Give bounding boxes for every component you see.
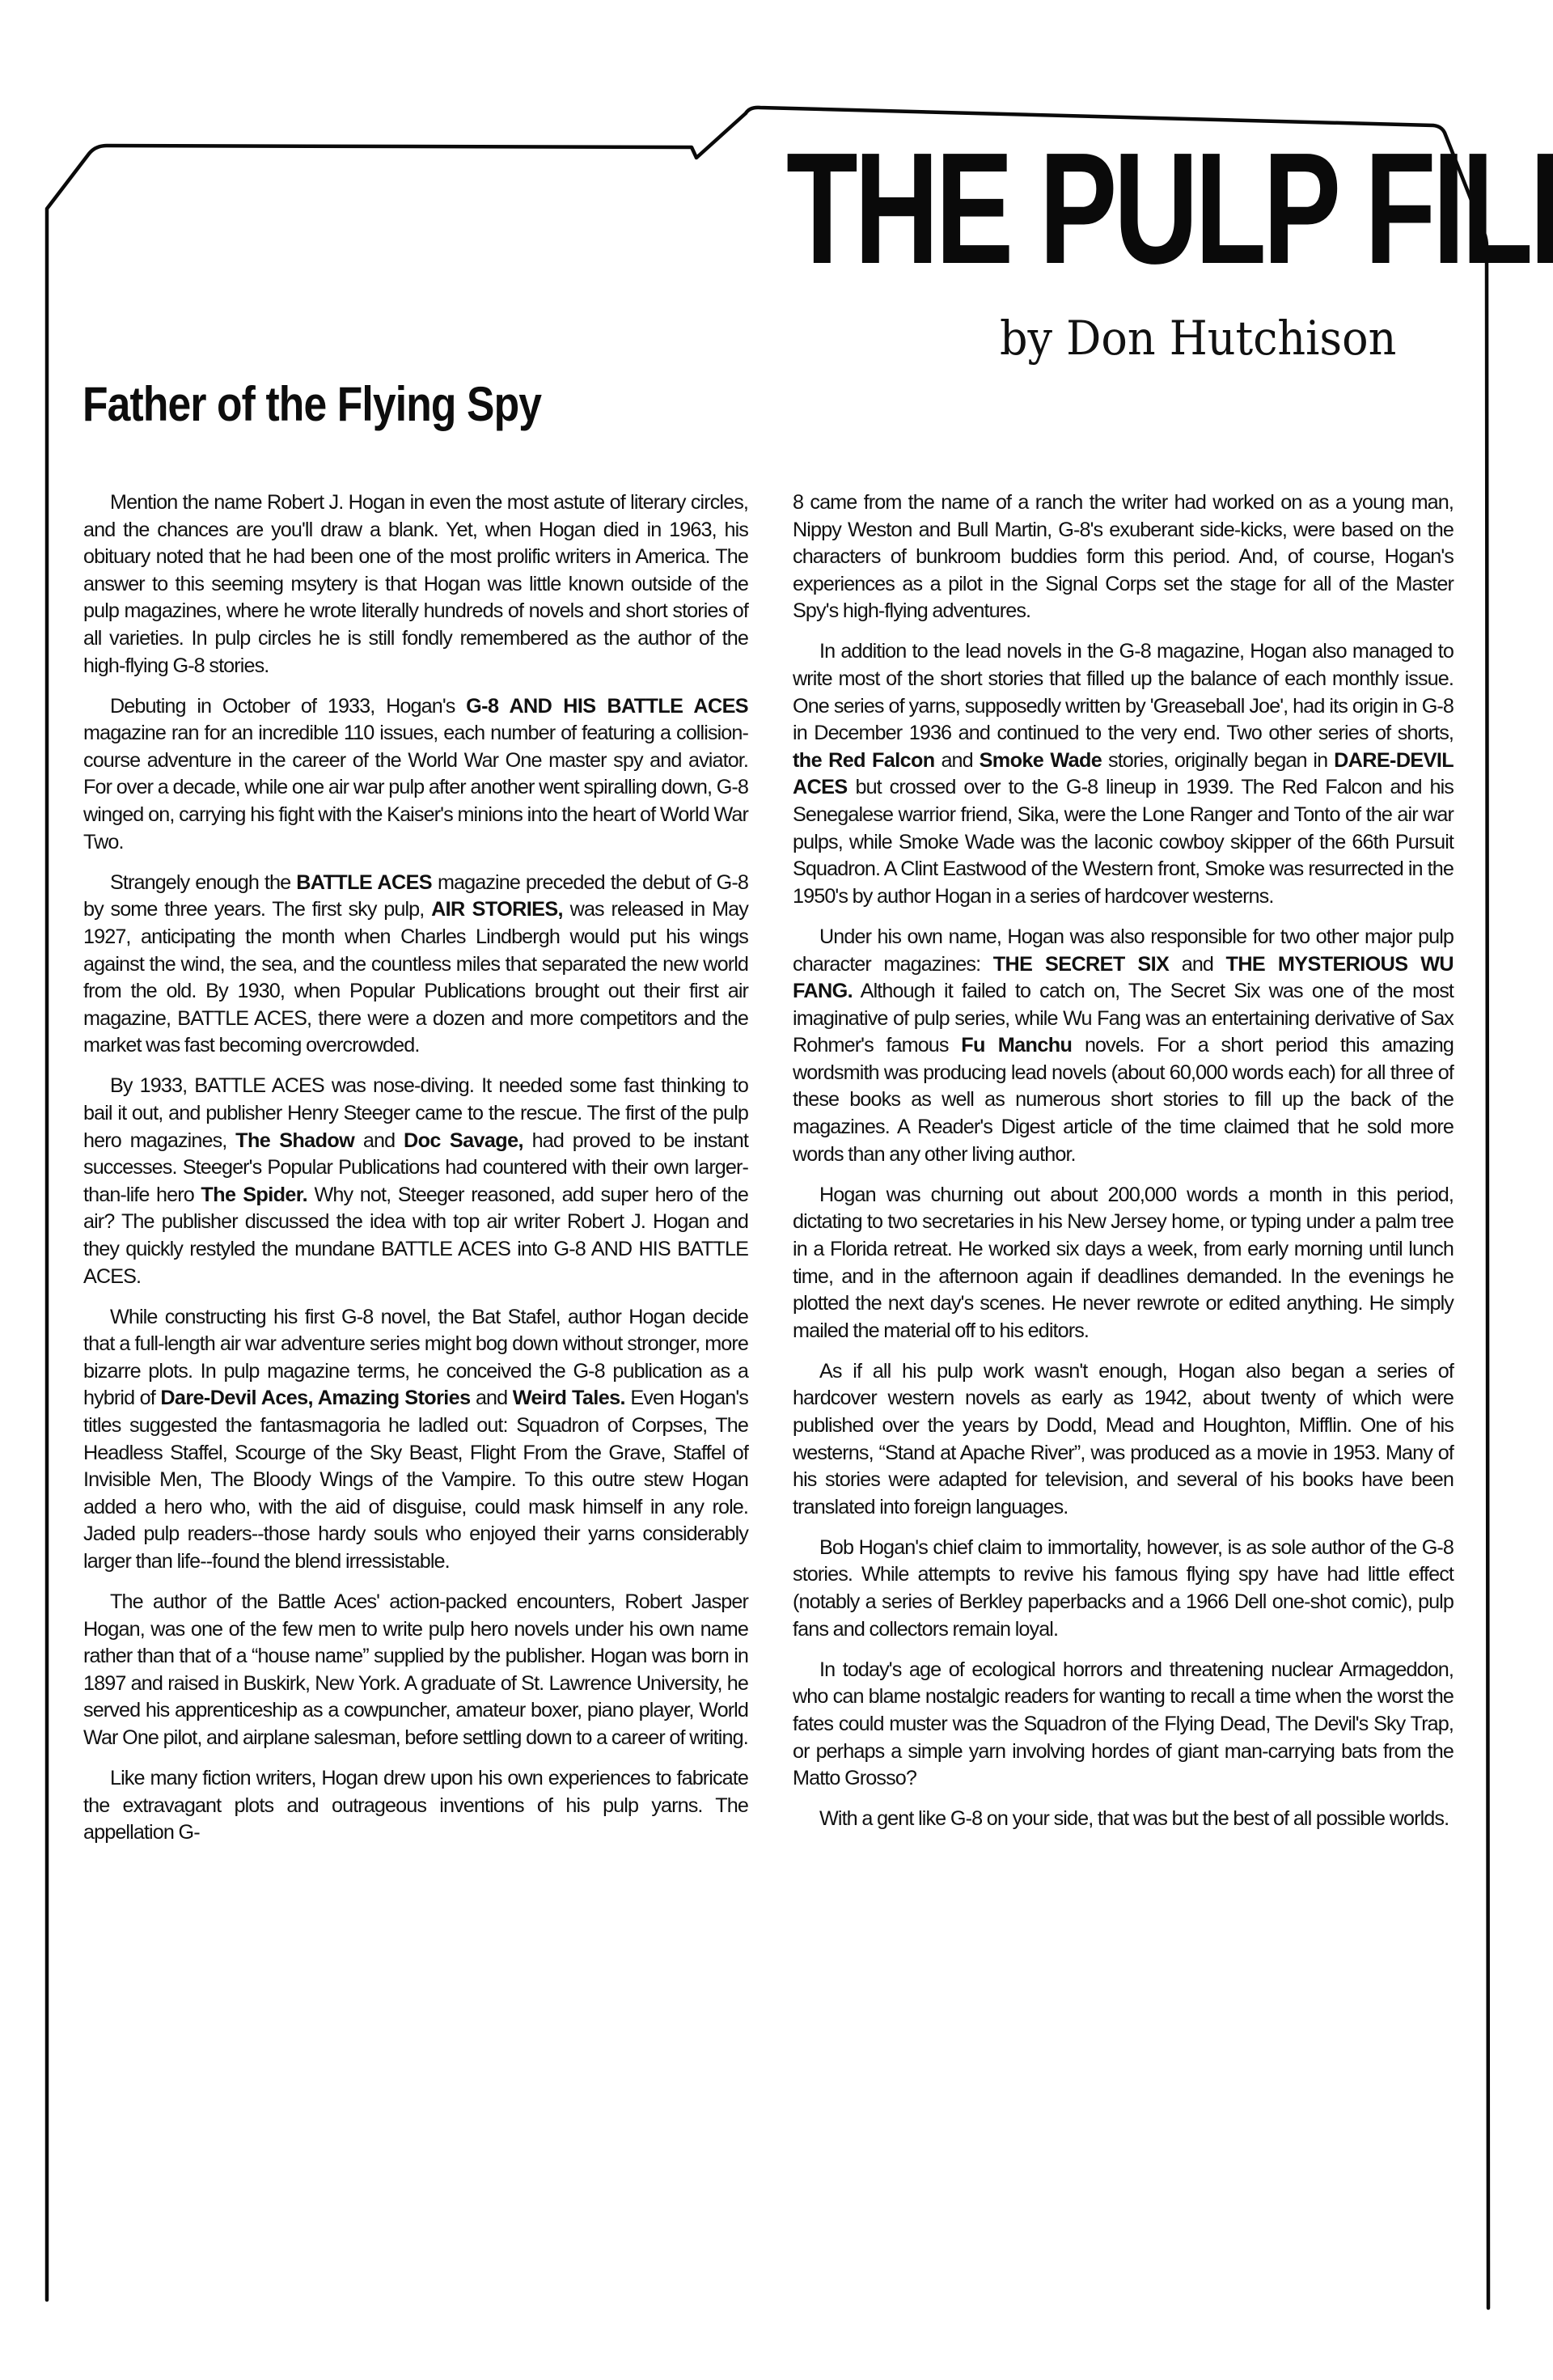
bold-title-text: The Spider. [201,1184,307,1206]
body-text: and [470,1387,512,1409]
body-text: stories, originally began in [1102,749,1334,772]
body-text: With a gent like G-8 on your side, that … [819,1807,1449,1830]
bold-title-text: The Shadow [235,1129,354,1152]
bold-title-text: AIR STORIES, [431,898,563,921]
body-text: Strangely enough the [110,871,296,894]
article-paragraph: By 1933, BATTLE ACES was nose-diving. It… [83,1073,748,1290]
article-paragraph: Hogan was churning out about 200,000 wor… [793,1182,1454,1345]
article-column-left: Mention the name Robert J. Hogan in even… [83,489,748,1860]
body-text: Even Hogan's titles suggested the fantas… [83,1387,748,1573]
article-paragraph: As if all his pulp work wasn't enough, H… [793,1358,1454,1522]
body-text: The author of the Battle Aces' action-pa… [83,1590,748,1749]
body-text: Mention the name Robert J. Hogan in even… [83,491,748,677]
article-paragraph: In addition to the lead novels in the G-… [793,638,1454,910]
body-text: In addition to the lead novels in the G-… [793,640,1454,744]
body-text: and [935,749,980,772]
article-paragraph: The author of the Battle Aces' action-pa… [83,1589,748,1752]
body-text: Hogan was churning out about 200,000 wor… [793,1184,1454,1342]
bold-title-text: Fu Manchu [961,1034,1072,1057]
author-byline: by Don Hutchison [1000,306,1396,371]
article-column-right: 8 came from the name of a ranch the writ… [793,489,1454,1846]
body-text: As if all his pulp work wasn't enough, H… [793,1360,1454,1518]
bold-title-text: Weird Tales. [513,1387,625,1409]
article-paragraph: 8 came from the name of a ranch the writ… [793,489,1454,625]
bold-title-text: G-8 AND HIS BATTLE ACES [466,695,748,718]
bold-title-text: THE SECRET SIX [993,953,1170,976]
article-paragraph: Bob Hogan's chief claim to immortality, … [793,1535,1454,1643]
bold-title-text: Doc Savage, [404,1129,523,1152]
article-headline: Father of the Flying Spy [83,374,541,435]
article-paragraph: Mention the name Robert J. Hogan in even… [83,489,748,680]
article-paragraph: In today's age of ecological horrors and… [793,1657,1454,1793]
body-text: 8 came from the name of a ranch the writ… [793,491,1454,622]
article-paragraph: Debuting in October of 1933, Hogan's G-8… [83,693,748,857]
body-text: and [354,1129,404,1152]
article-paragraph: With a gent like G-8 on your side, that … [793,1806,1454,1833]
article-paragraph: Like many fiction writers, Hogan drew up… [83,1765,748,1847]
article-paragraph: Strangely enough the BATTLE ACES magazin… [83,870,748,1060]
bold-title-text: BATTLE ACES [296,871,432,894]
body-text: In today's age of ecological horrors and… [793,1658,1454,1789]
article-paragraph: While constructing his first G-8 novel, … [83,1304,748,1576]
bold-title-text: Dare-Devil Aces, Amazing Stories [160,1387,470,1409]
bold-title-text: Smoke Wade [980,749,1102,772]
body-text: Like many fiction writers, Hogan drew up… [83,1767,748,1844]
article-paragraph: Under his own name, Hogan was also respo… [793,924,1454,1168]
body-text: but crossed over to the G-8 lineup in 19… [793,776,1454,907]
column-title: THE PULP FILE [786,129,1229,288]
body-text: and [1169,953,1225,976]
body-text: Debuting in October of 1933, Hogan's [110,695,466,718]
body-text: magazine ran for an incredible 110 issue… [83,722,748,853]
body-text: was released in May 1927, anticipating t… [83,898,748,1057]
bold-title-text: the Red Falcon [793,749,935,772]
body-text: Bob Hogan's chief claim to immortality, … [793,1536,1454,1641]
